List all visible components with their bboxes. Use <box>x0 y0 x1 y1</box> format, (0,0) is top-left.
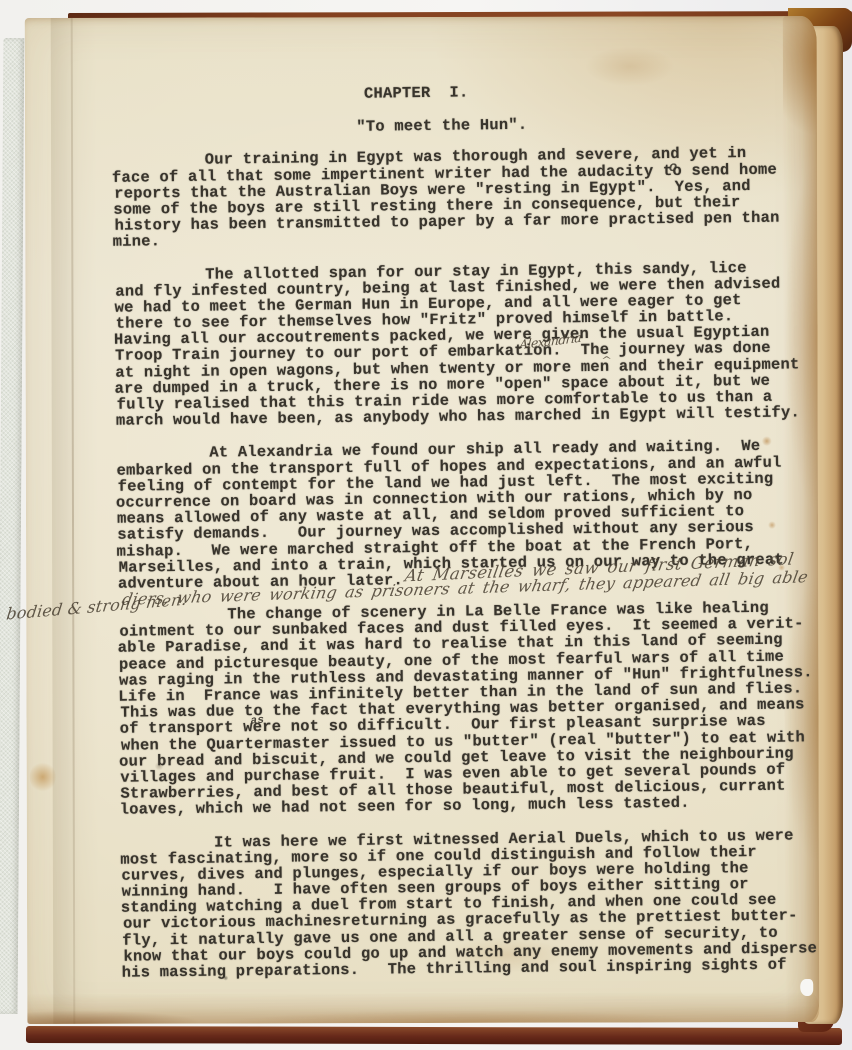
paragraph: The change of scenery in La Belle France… <box>118 599 833 818</box>
insertion-caret-mark: ^ <box>601 355 612 366</box>
paragraph: The allotted span for our stay in Egypt,… <box>114 259 828 430</box>
overtype-letter: o <box>669 160 678 176</box>
chapter-heading: CHAPTER I. <box>112 80 824 105</box>
book-cover-bottom-edge <box>26 1026 842 1045</box>
bottom-edge-stain <box>27 992 819 1024</box>
binding-gutter-shadow <box>51 18 100 1024</box>
foxing-stain <box>585 46 675 86</box>
typescript-page: CHAPTER I. "To meet the Hun". Our traini… <box>25 16 820 1024</box>
chapter-subtitle: "To meet the Hun". <box>112 113 824 138</box>
paragraph: Our training in Egypt was thorough and s… <box>113 145 826 251</box>
typed-text-block: CHAPTER I. "To meet the Hun". Our traini… <box>112 80 835 994</box>
facing-page-cloth-edge <box>0 38 24 1014</box>
paragraph: It was here we first witnessed Aerial Du… <box>121 827 835 981</box>
foxing-stain <box>30 761 56 793</box>
overtype-correction: as <box>250 713 265 730</box>
